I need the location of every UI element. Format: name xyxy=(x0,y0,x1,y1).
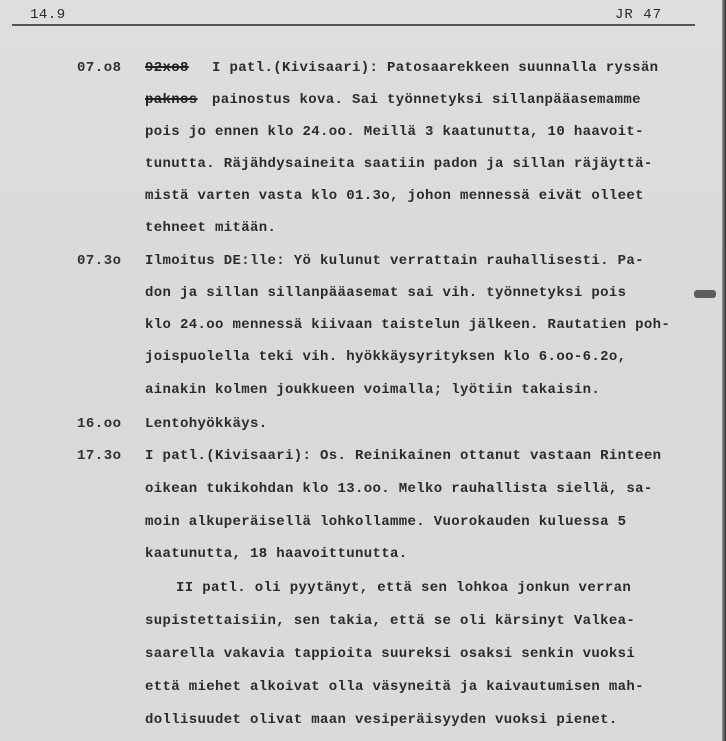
entry-time: 07.3o xyxy=(77,251,122,271)
entry-time: 16.oo xyxy=(77,414,122,434)
entry-line: painostus kova. Sai työnnetyksi sillanpä… xyxy=(212,90,641,110)
entry-time: 07.o8 xyxy=(77,58,122,78)
entry-line: I patl.(Kivisaari): Patosaarekkeen suunn… xyxy=(212,58,658,78)
entry-line: tehneet mitään. xyxy=(145,218,276,238)
entry-line: mistä varten vasta klo 01.3o, johon menn… xyxy=(145,186,644,206)
entry-line: moin alkuperäisellä lohkollamme. Vuoroka… xyxy=(145,512,626,532)
entry-line: supistettaisiin, sen takia, että se oli … xyxy=(145,611,635,631)
struck-out-text: 92xo8 xyxy=(145,58,189,78)
entry-line: don ja sillan sillanpääasemat sai vih. t… xyxy=(145,283,626,303)
entry-line: tunutta. Räjähdysaineita saatiin padon j… xyxy=(145,154,653,174)
entry-line: oikean tukikohdan klo 13.oo. Melko rauha… xyxy=(145,479,653,499)
entry-line: I patl.(Kivisaari): Os. Reinikainen otta… xyxy=(145,446,661,466)
entry-line: II patl. oli pyytänyt, että sen lohkoa j… xyxy=(176,578,631,598)
entry-line: ainakin kolmen joukkueen voimalla; lyöti… xyxy=(145,380,600,400)
page-edge-shadow xyxy=(722,0,726,741)
entry-line: että miehet alkoivat olla väsyneitä ja k… xyxy=(145,677,644,697)
struck-out-word: paknos xyxy=(145,90,198,110)
page-date-number: 14.9 xyxy=(30,7,66,23)
entry-line: klo 24.oo mennessä kiivaan taistelun jäl… xyxy=(145,315,670,335)
entry-time: 17.3o xyxy=(77,446,122,466)
entry-line: Ilmoitus DE:lle: Yö kulunut verrattain r… xyxy=(145,251,644,271)
entry-line: kaatunutta, 18 haavoittunutta. xyxy=(145,544,408,564)
header-divider xyxy=(12,24,695,26)
entry-line: dollisuudet olivat maan vesiperäisyyden … xyxy=(145,710,618,730)
entry-line: joispuolella teki vih. hyökkäysyrityksen… xyxy=(145,347,626,367)
document-reference: JR 47 xyxy=(615,7,662,23)
typewritten-document-page: 14.9 JR 47 07.o8 92xo8 I patl.(Kivisaari… xyxy=(0,0,726,741)
entry-line: Lentohyökkäys. xyxy=(145,414,268,434)
entry-line: saarella vakavia tappioita suureksi osak… xyxy=(145,644,635,664)
ink-smudge xyxy=(694,290,716,298)
entry-line: pois jo ennen klo 24.oo. Meillä 3 kaatun… xyxy=(145,122,644,142)
